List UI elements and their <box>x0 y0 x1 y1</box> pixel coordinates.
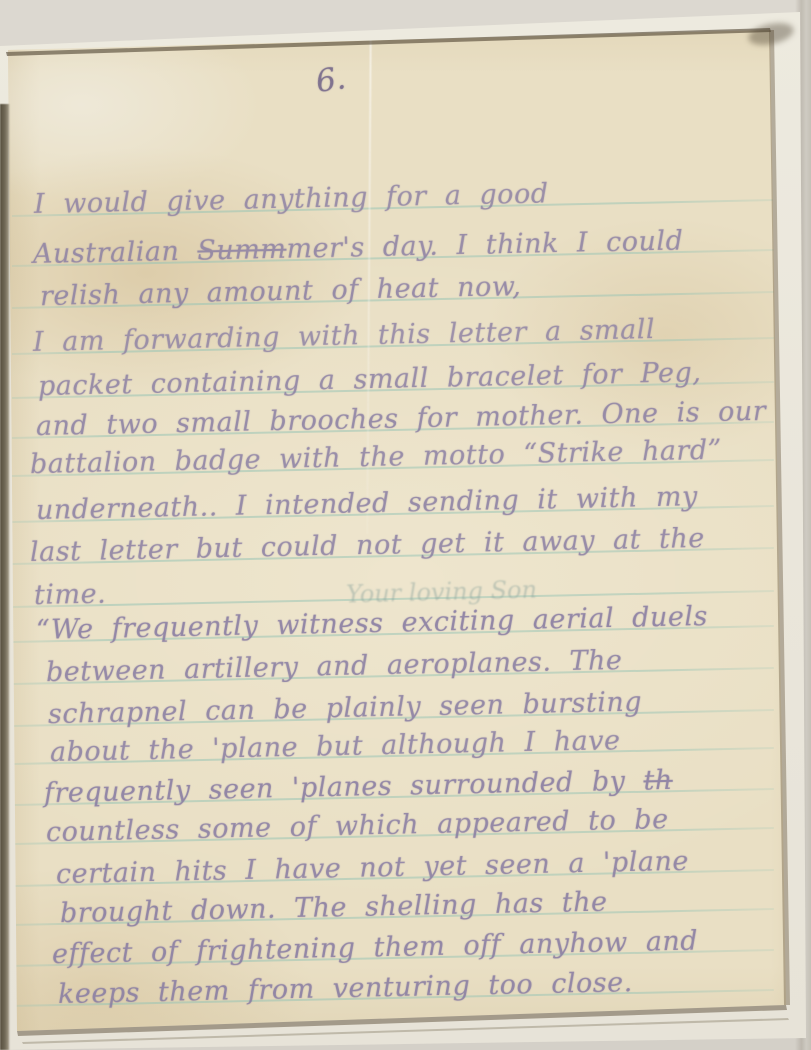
handwriting-line: “We frequently witness exciting aerial d… <box>36 602 708 646</box>
handwriting-text: last letter but could not get it away at… <box>30 523 705 568</box>
handwriting-text: relish any amount of heat now, <box>40 271 522 312</box>
strikethrough-word: Summ <box>197 234 287 267</box>
handwriting-text: Australian <box>33 236 198 270</box>
handwriting-line: time. <box>34 579 107 611</box>
handwriting-text: brought down. The shelling has the <box>60 887 608 929</box>
handwriting-line: keeps them from venturing too close. <box>58 968 633 1010</box>
handwriting-line: I would give anything for a good <box>34 179 549 220</box>
handwriting-text: I would give anything for a good <box>34 178 549 220</box>
handwriting-line: about the 'plane but although I have <box>50 726 621 768</box>
handwriting-text: packet containing a small bracelet for P… <box>38 357 702 402</box>
handwriting-line: effect of frightening them off anyhow an… <box>52 926 699 970</box>
photo-scan: 6. Your loving Son I would give anything… <box>0 0 811 1050</box>
book-binding <box>0 104 10 1050</box>
handwriting-line: schrapnel can be plainly seen bursting <box>48 688 643 730</box>
handwriting-text: between artillery and aeroplanes. The <box>46 645 623 688</box>
handwriting-text: mer's day. I think I could <box>286 225 684 264</box>
page-number: 6. <box>314 60 348 100</box>
handwriting-text: about the 'plane but although I have <box>50 725 621 768</box>
handwriting-text: “We frequently witness exciting aerial d… <box>36 601 708 646</box>
handwriting-line: last letter but could not get it away at… <box>30 524 705 568</box>
handwriting-line: countless some of which appeared to be <box>46 805 669 848</box>
handwriting-text: keeps them from venturing too close. <box>58 967 633 1010</box>
handwriting-text: frequently seen 'planes surrounded by <box>44 765 644 809</box>
handwriting-line: frequently seen 'planes surrounded by th <box>44 766 673 809</box>
ghost-bleedthrough-text: Your loving Son <box>346 576 538 609</box>
handwriting-line: packet containing a small bracelet for P… <box>38 358 702 402</box>
handwriting-text: time. <box>34 578 107 611</box>
notebook-page: 6. Your loving Son I would give anything… <box>0 0 811 1050</box>
handwriting-line: battalion badge with the motto “Strike h… <box>30 436 723 480</box>
handwriting-text: battalion badge with the motto “Strike h… <box>30 435 723 480</box>
handwriting-line: certain hits I have not yet seen a 'plan… <box>56 847 689 890</box>
handwriting-text: schrapnel can be plainly seen bursting <box>48 687 643 730</box>
handwriting-line: brought down. The shelling has the <box>60 888 608 929</box>
handwriting-text: countless some of which appeared to be <box>46 804 669 848</box>
handwriting-line: Australian Summmer's day. I think I coul… <box>33 226 684 270</box>
handwriting-line: I am forwarding with this letter a small <box>33 315 656 358</box>
handwriting-text: effect of frightening them off anyhow an… <box>52 925 699 970</box>
handwriting-line: relish any amount of heat now, <box>40 272 522 312</box>
strikethrough-word: th <box>643 765 673 797</box>
handwriting-line: between artillery and aeroplanes. The <box>46 646 623 688</box>
handwriting-text: certain hits I have not yet seen a 'plan… <box>56 846 689 890</box>
handwriting-text: I am forwarding with this letter a small <box>33 314 656 358</box>
